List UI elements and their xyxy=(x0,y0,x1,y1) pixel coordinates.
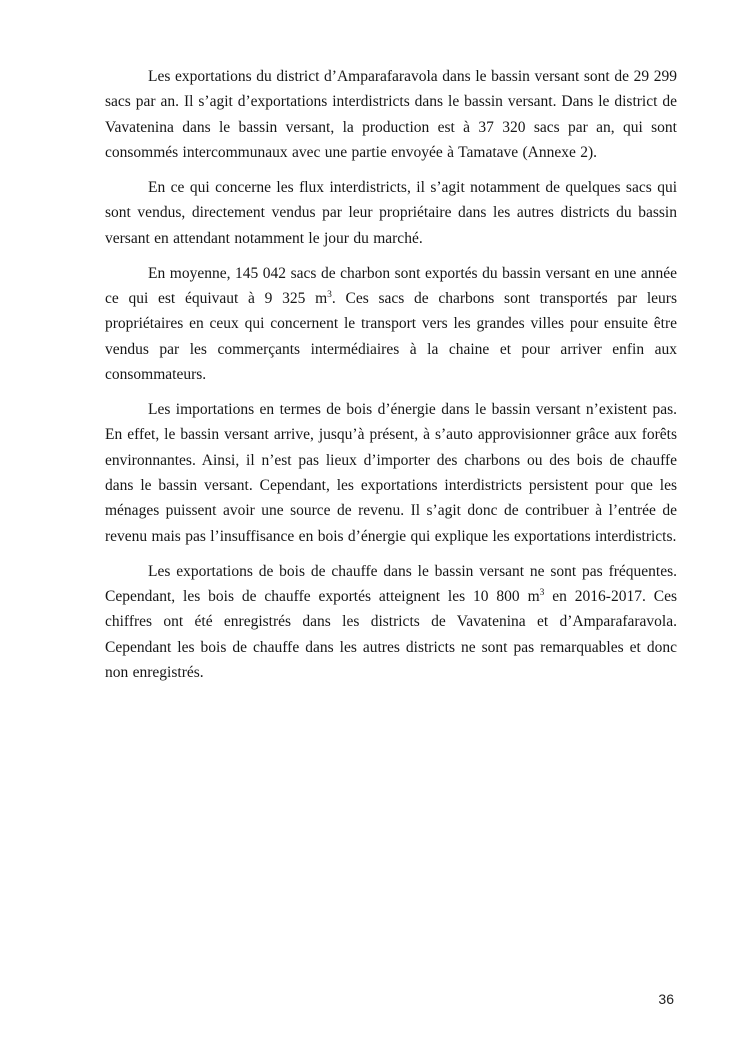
paragraph-text: Les exportations du district d’Amparafar… xyxy=(105,68,677,161)
paragraph-text: En ce qui concerne les flux interdistric… xyxy=(105,179,677,247)
paragraph-moyenne-sacs-charbon: En moyenne, 145 042 sacs de charbon sont… xyxy=(105,261,677,388)
paragraph-text: Les importations en termes de bois d’éne… xyxy=(105,401,677,545)
paragraph-flux-interdistricts: En ce qui concerne les flux interdistric… xyxy=(105,175,677,251)
paragraph-exports-amparafaravola: Les exportations du district d’Amparafar… xyxy=(105,64,677,165)
page-number: 36 xyxy=(658,991,674,1007)
paragraph-exports-bois-chauffe: Les exportations de bois de chauffe dans… xyxy=(105,559,677,686)
paragraph-importations-bois-energie: Les importations en termes de bois d’éne… xyxy=(105,397,677,549)
page-body: Les exportations du district d’Amparafar… xyxy=(105,64,677,695)
document-page: Les exportations du district d’Amparafar… xyxy=(0,0,745,1053)
